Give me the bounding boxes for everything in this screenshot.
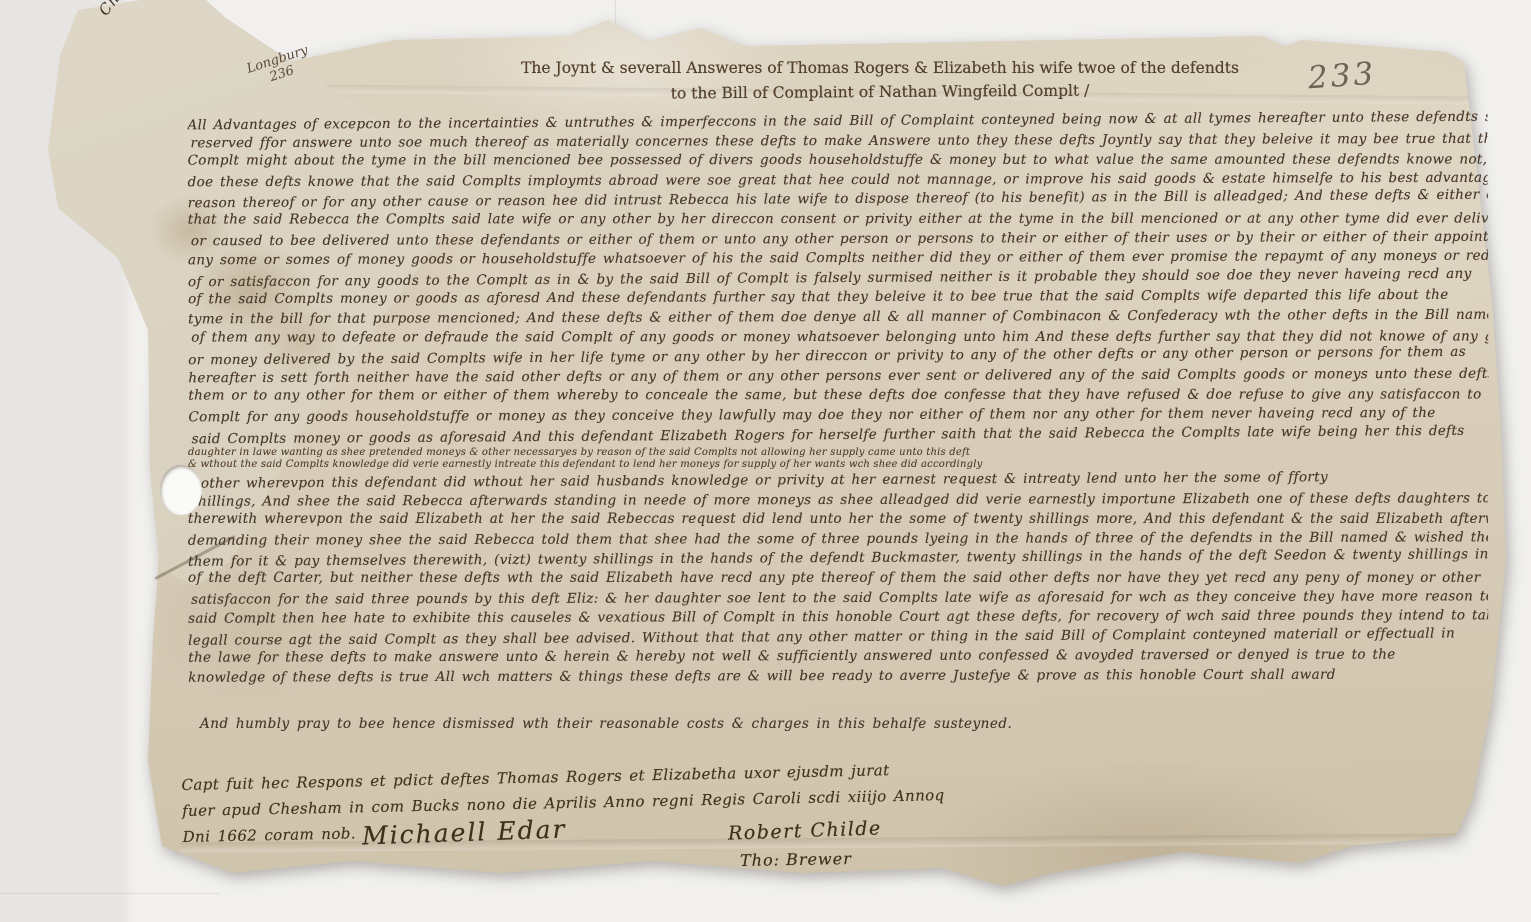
manuscript-line: tyme in the bill for that purpose mencio…: [188, 306, 1488, 330]
interlined-manuscript-line: daughter in lawe wanting as shee pretend…: [188, 447, 1488, 459]
manuscript-line: knowledge of these defts is true All wch…: [188, 665, 1488, 688]
interlineation-block: daughter in lawe wanting as shee pretend…: [188, 447, 1488, 470]
answer-body-text-continued: mother wherevpon this defendant did wtho…: [188, 469, 1489, 688]
heading-line-2: to the Bill of Complaint of Nathan Wingf…: [420, 77, 1340, 107]
manuscript-line: of the deft Carter, but neither these de…: [188, 569, 1488, 589]
manuscript-line: them or to any other for them or either …: [188, 386, 1488, 407]
closing-prayer-line: And humbly pray to bee hence dismissed w…: [200, 716, 1012, 732]
manuscript-line: therewith wherevpon the said Elizabeth a…: [188, 510, 1488, 530]
signature-commissioner-3: Tho: Brewer: [740, 849, 852, 870]
manuscript-line: Complt might about the tyme in the bill …: [188, 151, 1488, 172]
heading-line-1: The Joynt & severall Answeres of Thomas …: [420, 56, 1340, 80]
document-heading: The Joynt & severall Answeres of Thomas …: [420, 56, 1340, 104]
manuscript-line: that the said Rebecca the Complts said l…: [188, 209, 1488, 230]
answer-body-text: All Advantages of excepcon to the incert…: [187, 110, 1488, 448]
punched-hole: [160, 465, 202, 515]
